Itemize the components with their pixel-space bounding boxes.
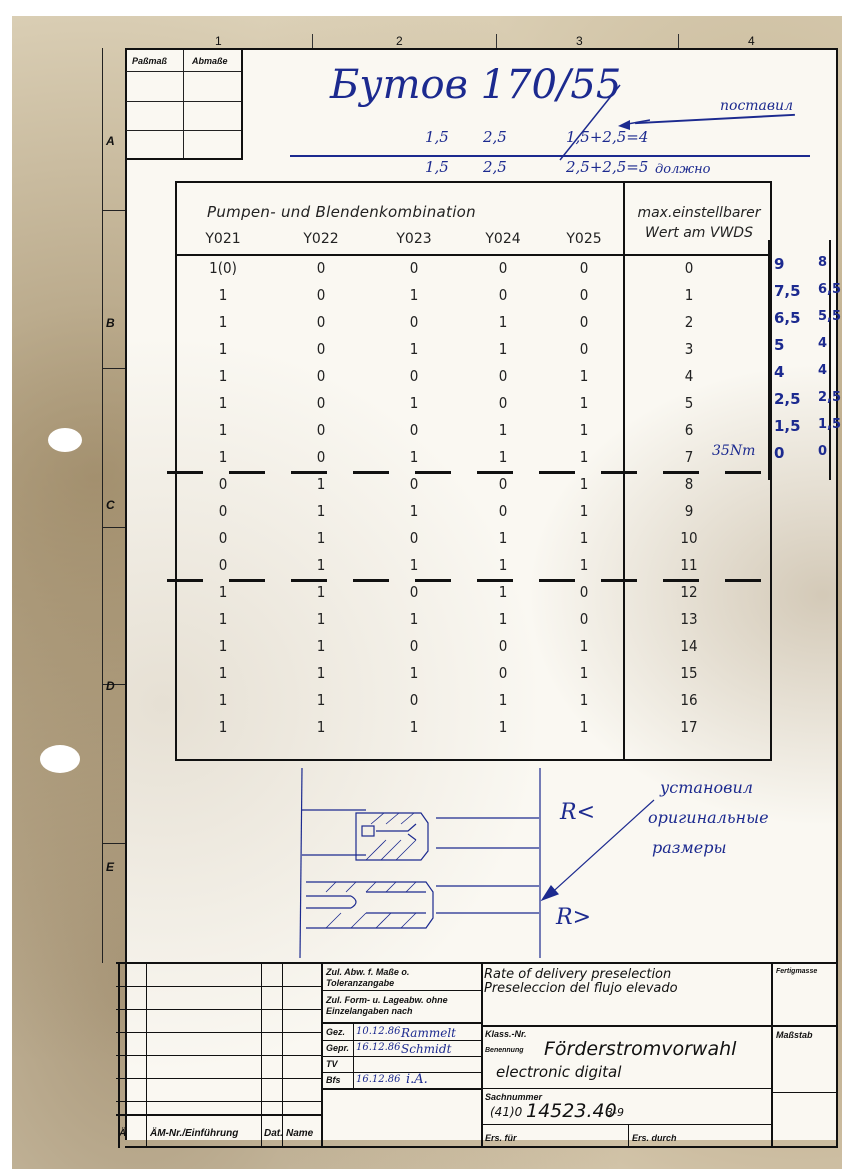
title-block: Ä ÄM-Nr./Einführung Dat. Name Zul. Abw. … bbox=[116, 962, 836, 1148]
change-number-label: ÄM-Nr./Einführung bbox=[150, 1128, 238, 1139]
replaces-label: Ers. für bbox=[485, 1133, 517, 1143]
table-value-cell: 9 bbox=[659, 502, 719, 520]
table-cell: 0 bbox=[291, 259, 351, 277]
table-value-cell: 16 bbox=[659, 691, 719, 709]
table-cell: 1 bbox=[473, 556, 533, 574]
table-cell: 1 bbox=[473, 583, 533, 601]
handwritten-separator bbox=[291, 579, 327, 582]
table-cell: 0 bbox=[473, 286, 533, 304]
handwritten-separator bbox=[539, 579, 575, 582]
handwritten-separator bbox=[167, 471, 203, 474]
drawn-date: 10.12.86 bbox=[356, 1026, 401, 1037]
combination-table: Pumpen- und Blendenkombination max.einst… bbox=[175, 181, 772, 761]
table-cell: 1 bbox=[291, 529, 351, 547]
table-value-cell: 0 bbox=[659, 259, 719, 277]
table-cell: 0 bbox=[554, 583, 614, 601]
table-cell: 1 bbox=[384, 286, 444, 304]
handwritten-separator bbox=[477, 579, 513, 582]
table-cell: 1 bbox=[554, 475, 614, 493]
column-number: 1 bbox=[215, 34, 222, 48]
handwritten-separator bbox=[167, 579, 203, 582]
table-value-cell: 14 bbox=[659, 637, 719, 655]
table-cell: 1 bbox=[473, 448, 533, 466]
table-value-cell: 6 bbox=[659, 421, 719, 439]
table-cell: 0 bbox=[554, 340, 614, 358]
handwritten-separator bbox=[725, 579, 761, 582]
table-cell: 0 bbox=[193, 502, 253, 520]
drawing-subname: electronic digital bbox=[496, 1063, 621, 1081]
table-cell: 1 bbox=[193, 340, 253, 358]
replaced-by-label: Ers. durch bbox=[632, 1133, 677, 1143]
sketch-note-line: установил bbox=[660, 778, 753, 797]
divider bbox=[768, 240, 770, 480]
column-header: Y025 bbox=[549, 231, 619, 247]
table-cell: 1 bbox=[193, 583, 253, 601]
handwritten-separator bbox=[539, 471, 575, 474]
zone-letter: D bbox=[106, 679, 115, 693]
table-cell: 1 bbox=[554, 718, 614, 736]
handwritten-separator bbox=[291, 471, 327, 474]
table-cell: 1 bbox=[554, 394, 614, 412]
table-cell: 1 bbox=[384, 718, 444, 736]
table-cell: 1 bbox=[554, 502, 614, 520]
table-cell: 1 bbox=[193, 313, 253, 331]
table-cell: 1 bbox=[193, 691, 253, 709]
table-cell: 1 bbox=[473, 313, 533, 331]
table-cell: 0 bbox=[291, 367, 351, 385]
table-cell: 0 bbox=[554, 286, 614, 304]
drawn-label: Gez. bbox=[326, 1027, 345, 1037]
table-value-cell: 3 bbox=[659, 340, 719, 358]
table-cell: 1 bbox=[384, 394, 444, 412]
table-value-cell: 1 bbox=[659, 286, 719, 304]
sketch-label-r-greater: R> bbox=[556, 905, 591, 930]
handwritten-separator bbox=[477, 471, 513, 474]
table-cell: 1 bbox=[554, 664, 614, 682]
side-note-value: 2,5 bbox=[818, 390, 841, 405]
table-value-cell: 4 bbox=[659, 367, 719, 385]
handwritten-value: 2,5 bbox=[483, 128, 507, 146]
column-number: 4 bbox=[748, 34, 755, 48]
tv-label: TV bbox=[326, 1059, 338, 1069]
change-index-label: Ä bbox=[119, 1128, 126, 1139]
fit-header: Paßmaß bbox=[132, 56, 167, 66]
table-cell: 0 bbox=[473, 502, 533, 520]
handwritten-note: должно bbox=[655, 162, 711, 177]
finish-label: Fertigmasse bbox=[776, 968, 817, 975]
description-spanish: Preseleccion del flujo elevado bbox=[484, 981, 678, 996]
table-cell: 1 bbox=[291, 637, 351, 655]
divider bbox=[829, 240, 831, 480]
column-header: Y023 bbox=[379, 231, 449, 247]
side-note-value: 1,5 bbox=[774, 417, 801, 435]
zone-letter: B bbox=[106, 316, 115, 330]
handwritten-separator bbox=[415, 471, 451, 474]
class-number-label: Klass.-Nr. bbox=[485, 1029, 527, 1039]
handwritten-separator bbox=[229, 579, 265, 582]
table-value-cell: 10 bbox=[659, 529, 719, 547]
table-cell: 1 bbox=[193, 286, 253, 304]
table-value-cell: 7 bbox=[659, 448, 719, 466]
table-cell: 1 bbox=[193, 664, 253, 682]
side-note-value: 0 bbox=[774, 444, 784, 462]
bfs-date: 16.12.86 bbox=[356, 1074, 401, 1085]
table-cell: 0 bbox=[384, 421, 444, 439]
zone-letter: E bbox=[106, 860, 114, 874]
checked-signature: Schmidt bbox=[401, 1042, 451, 1056]
table-cell: 1 bbox=[193, 637, 253, 655]
deviation-header: Abmaße bbox=[192, 56, 228, 66]
table-cell: 1 bbox=[473, 340, 533, 358]
column-header: Y021 bbox=[188, 231, 258, 247]
table-title: Pumpen- und Blendenkombination bbox=[207, 203, 476, 221]
form-tolerance-label: Zul. Form- u. Lageabw. ohne Einzelangabe… bbox=[326, 995, 476, 1017]
table-cell: 1 bbox=[291, 583, 351, 601]
column-number: 2 bbox=[396, 34, 403, 48]
table-cell: 0 bbox=[193, 475, 253, 493]
side-note-value: 4 bbox=[818, 336, 827, 351]
table-cell: 1 bbox=[473, 529, 533, 547]
sketch-label-r-less: R< bbox=[560, 800, 595, 825]
fit-tolerance-table: Paßmaß Abmaße bbox=[126, 50, 243, 160]
bfs-label: Bfs bbox=[326, 1075, 341, 1085]
table-cell: 1 bbox=[291, 610, 351, 628]
divider bbox=[496, 34, 497, 48]
frame-border bbox=[125, 1146, 838, 1148]
drawn-signature: Rammelt bbox=[401, 1026, 456, 1040]
zone-letter: A bbox=[106, 134, 115, 148]
table-value-cell: 13 bbox=[659, 610, 719, 628]
table-cell: 1 bbox=[384, 610, 444, 628]
side-note-value: 4 bbox=[818, 363, 827, 378]
table-cell: 0 bbox=[384, 259, 444, 277]
handwritten-separator bbox=[663, 471, 699, 474]
table-cell: 1 bbox=[193, 610, 253, 628]
table-cell: 0 bbox=[384, 475, 444, 493]
handwritten-separator bbox=[601, 471, 637, 474]
handwritten-note: поставил bbox=[720, 98, 793, 114]
table-value-cell: 5 bbox=[659, 394, 719, 412]
table-cell: 0 bbox=[291, 394, 351, 412]
table-value-cell: 15 bbox=[659, 664, 719, 682]
table-cell: 1 bbox=[384, 556, 444, 574]
frame-border bbox=[836, 48, 838, 1148]
handwritten-torque: 35Nm bbox=[712, 443, 755, 459]
table-value-cell: 2 bbox=[659, 313, 719, 331]
handwritten-value: 2,5 bbox=[483, 158, 507, 176]
side-note-value: 7,5 bbox=[774, 282, 801, 300]
table-cell: 0 bbox=[384, 637, 444, 655]
table-cell: 1 bbox=[554, 529, 614, 547]
handwritten-separator bbox=[415, 579, 451, 582]
side-note-value: 0 bbox=[818, 444, 827, 459]
table-cell: 1 bbox=[473, 718, 533, 736]
table-cell: 0 bbox=[473, 664, 533, 682]
table-cell: 1 bbox=[554, 367, 614, 385]
handwritten-separator bbox=[725, 471, 761, 474]
handwritten-separator bbox=[229, 471, 265, 474]
change-date-label: Dat. bbox=[264, 1128, 283, 1139]
divider bbox=[312, 34, 313, 48]
table-cell: 1 bbox=[291, 718, 351, 736]
table-value-cell: 8 bbox=[659, 475, 719, 493]
change-name-label: Name bbox=[286, 1128, 313, 1139]
table-cell: 1 bbox=[291, 475, 351, 493]
table-cell: 1 bbox=[291, 691, 351, 709]
scale-label: Maßstab bbox=[776, 1030, 813, 1040]
table-cell: 1 bbox=[554, 448, 614, 466]
table-cell: 1 bbox=[193, 718, 253, 736]
handwritten-separator bbox=[353, 579, 389, 582]
handwritten-separator bbox=[601, 579, 637, 582]
table-cell: 1 bbox=[193, 394, 253, 412]
column-header: Y024 bbox=[468, 231, 538, 247]
table-cell: 1 bbox=[554, 691, 614, 709]
handwritten-slash bbox=[540, 80, 650, 170]
table-cell: 0 bbox=[554, 610, 614, 628]
side-note-value: 5,5 bbox=[818, 309, 841, 324]
table-cell: 0 bbox=[473, 394, 533, 412]
part-number: 14523.40 bbox=[526, 1100, 617, 1122]
table-cell: 1 bbox=[193, 421, 253, 439]
zone-letter: C bbox=[106, 498, 115, 512]
side-note-value: 1,5 bbox=[818, 417, 841, 432]
table-cell: 0 bbox=[384, 583, 444, 601]
table-cell: 1 bbox=[384, 340, 444, 358]
part-number-prefix: (41)0 bbox=[490, 1105, 522, 1119]
table-cell: 1 bbox=[193, 367, 253, 385]
table-cell: 0 bbox=[473, 259, 533, 277]
bfs-signature: i.A. bbox=[406, 1072, 428, 1087]
side-note-value: 5 bbox=[774, 336, 784, 354]
table-cell: 1 bbox=[554, 556, 614, 574]
checked-date: 16.12.86 bbox=[356, 1042, 401, 1053]
paper-hole bbox=[48, 428, 82, 452]
drawing-name: Förderstromvorwahl bbox=[544, 1038, 736, 1060]
table-cell: 1 bbox=[384, 664, 444, 682]
table-cell: 0 bbox=[473, 475, 533, 493]
part-number-suffix: 3-9 bbox=[606, 1106, 624, 1119]
table-cell: 1 bbox=[291, 502, 351, 520]
table-cell: 1 bbox=[193, 448, 253, 466]
column-header: Y022 bbox=[286, 231, 356, 247]
side-note-value: 2,5 bbox=[774, 390, 801, 408]
handwritten-separator bbox=[663, 579, 699, 582]
sketch-note-line: размеры bbox=[652, 838, 727, 857]
table-cell: 0 bbox=[473, 637, 533, 655]
tolerance-label: Zul. Abw. f. Maße o. Toleranzangabe bbox=[326, 967, 476, 989]
table-cell: 1 bbox=[291, 664, 351, 682]
table-cell: 1 bbox=[291, 556, 351, 574]
table-value-cell: 11 bbox=[659, 556, 719, 574]
table-cell: 0 bbox=[291, 286, 351, 304]
divider bbox=[678, 34, 679, 48]
table-value-cell: 17 bbox=[659, 718, 719, 736]
table-cell: 0 bbox=[291, 448, 351, 466]
table-cell: 0 bbox=[193, 556, 253, 574]
table-cell: 1 bbox=[554, 637, 614, 655]
checked-label: Gepr. bbox=[326, 1043, 349, 1053]
handwritten-value: 1,5 bbox=[425, 128, 449, 146]
handwritten-value: 1,5 bbox=[425, 158, 449, 176]
table-cell: 0 bbox=[384, 691, 444, 709]
table-value-cell: 12 bbox=[659, 583, 719, 601]
designation-label: Benennung bbox=[485, 1047, 524, 1054]
column-number: 3 bbox=[576, 34, 583, 48]
table-cell: 0 bbox=[291, 340, 351, 358]
side-note-value: 6,5 bbox=[774, 309, 801, 327]
table-cell: 1 bbox=[384, 502, 444, 520]
table-cell: 1 bbox=[473, 610, 533, 628]
table-cell: 1(0) bbox=[193, 259, 253, 277]
handwritten-separator bbox=[353, 471, 389, 474]
side-note-value: 8 bbox=[818, 255, 827, 270]
description-english: Rate of delivery preselection bbox=[484, 967, 671, 982]
table-cell: 0 bbox=[193, 529, 253, 547]
table-cell: 0 bbox=[384, 529, 444, 547]
value-column-header: max.einstellbarer Wert am VWDS bbox=[629, 203, 769, 243]
sketch-note-line: оригинальные bbox=[648, 808, 769, 827]
table-cell: 0 bbox=[291, 421, 351, 439]
table-cell: 0 bbox=[384, 367, 444, 385]
paper-hole bbox=[40, 745, 80, 773]
side-note-value: 9 bbox=[774, 255, 784, 273]
table-cell: 1 bbox=[554, 421, 614, 439]
side-note-value: 6,5 bbox=[818, 282, 841, 297]
side-note-value: 4 bbox=[774, 363, 784, 381]
table-cell: 1 bbox=[384, 448, 444, 466]
table-cell: 1 bbox=[473, 691, 533, 709]
table-cell: 0 bbox=[554, 259, 614, 277]
table-cell: 0 bbox=[554, 313, 614, 331]
table-cell: 0 bbox=[384, 313, 444, 331]
table-cell: 1 bbox=[473, 421, 533, 439]
table-cell: 0 bbox=[473, 367, 533, 385]
table-cell: 0 bbox=[291, 313, 351, 331]
